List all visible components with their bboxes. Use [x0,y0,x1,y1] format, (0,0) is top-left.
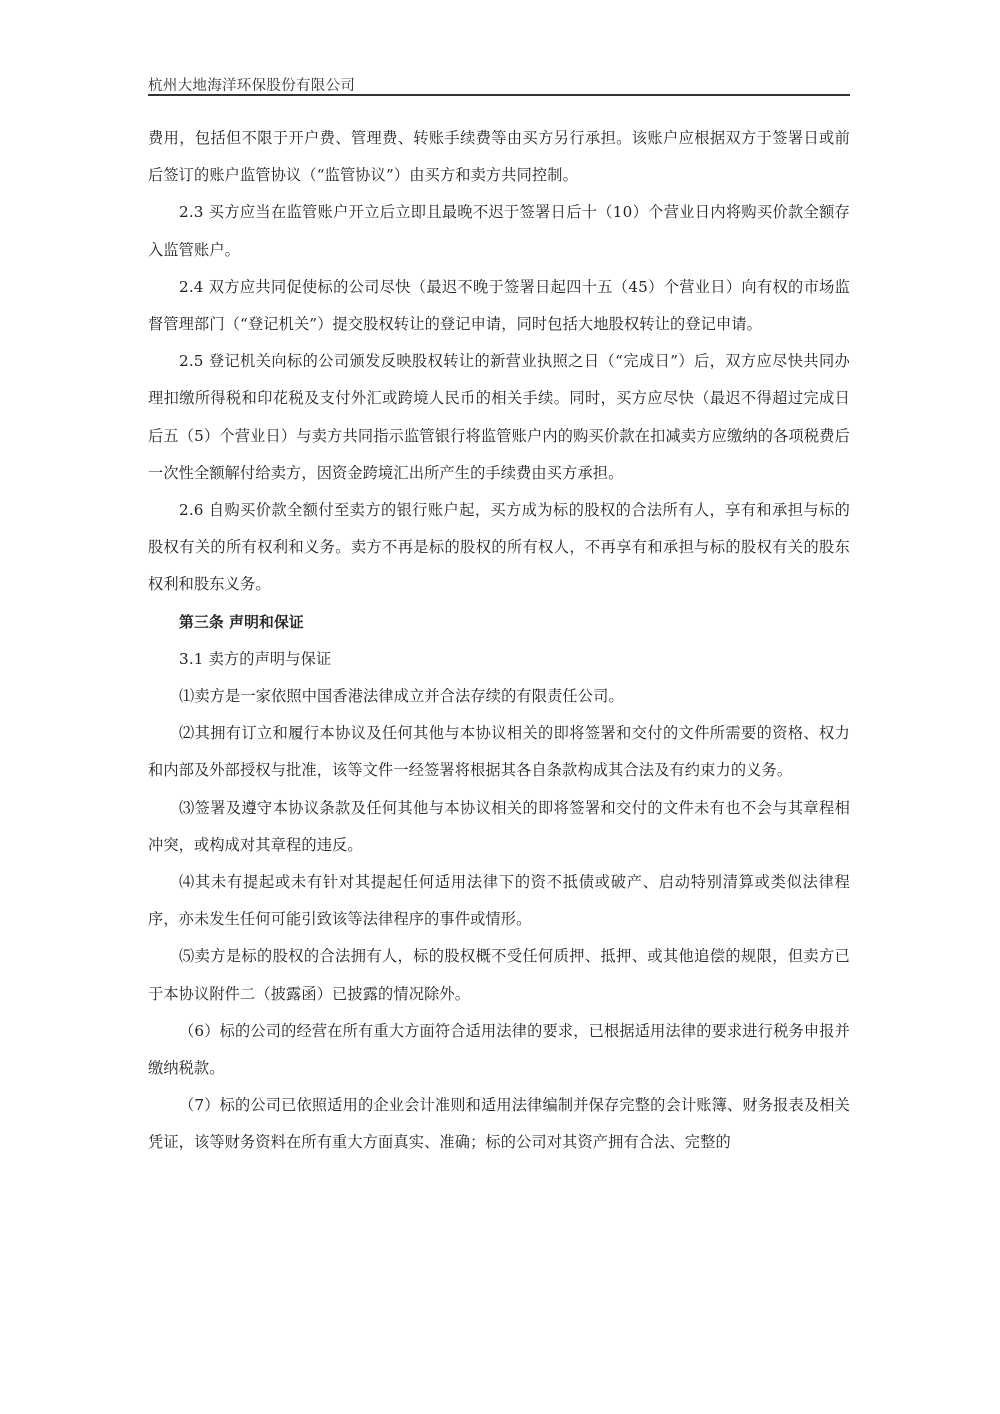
clause-3-1-item-1: ⑴卖方是一家依照中国香港法律成立并合法存续的有限责任公司。 [148,678,850,715]
clause-2-4: 2.4 双方应共同促使标的公司尽快（最迟不晚于签署日起四十五（45）个营业日）向… [148,269,850,343]
clause-3-1-item-7: （7）标的公司已依照适用的企业会计准则和适用法律编制并保存完整的会计账簿、财务报… [148,1087,850,1161]
page-header: 杭州大地海洋环保股份有限公司 [148,72,850,96]
clause-3-1-item-2: ⑵其拥有订立和履行本协议及任何其他与本协议相关的即将签署和交付的文件所需要的资格… [148,715,850,789]
document-body: 费用，包括但不限于开户费、管理费、转账手续费等由买方另行承担。该账户应根据双方于… [148,120,850,1162]
clause-2-5: 2.5 登记机关向标的公司颁发反映股权转让的新营业执照之日（“完成日”）后，双方… [148,343,850,492]
clause-2-6: 2.6 自购买价款全额付至卖方的银行账户起，买方成为标的股权的合法所有人，享有和… [148,492,850,604]
clause-2-3: 2.3 买方应当在监管账户开立后立即且最晚不迟于签署日后十（10）个营业日内将购… [148,194,850,268]
article-3-heading: 第三条 声明和保证 [148,604,850,641]
company-name: 杭州大地海洋环保股份有限公司 [148,74,355,95]
clause-3-1-item-5: ⑸卖方是标的股权的合法拥有人，标的股权概不受任何质押、抵押、或其他追偿的规限，但… [148,938,850,1012]
clause-3-1-heading: 3.1 卖方的声明与保证 [148,641,850,678]
clause-3-1-item-3: ⑶签署及遵守本协议条款及任何其他与本协议相关的即将签署和交付的文件未有也不会与其… [148,790,850,864]
clause-3-1-item-4: ⑷其未有提起或未有针对其提起任何适用法律下的资不抵债或破产、启动特别清算或类似法… [148,864,850,938]
clause-3-1-item-6: （6）标的公司的经营在所有重大方面符合适用法律的要求，已根据适用法律的要求进行税… [148,1013,850,1087]
paragraph-continuation: 费用，包括但不限于开户费、管理费、转账手续费等由买方另行承担。该账户应根据双方于… [148,120,850,194]
